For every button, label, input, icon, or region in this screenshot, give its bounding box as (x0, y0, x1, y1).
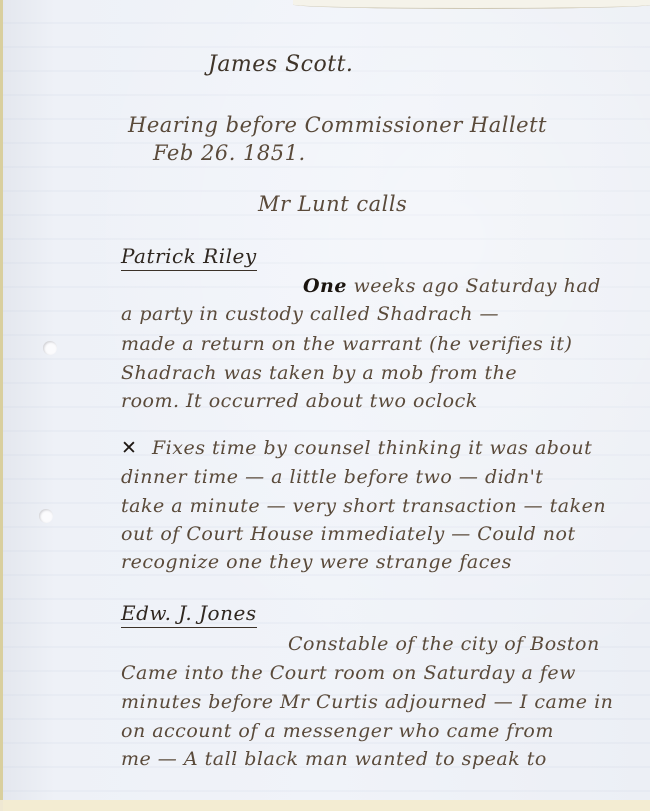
cross-exam-line: recognize one they were strange faces (121, 551, 512, 573)
testimony-text: weeks ago Saturday had (354, 275, 601, 297)
hearing-date: Feb 26. 1851. (153, 141, 306, 165)
manuscript-page: James Scott. Hearing before Commissioner… (0, 0, 650, 800)
binder-hole-lower (39, 509, 53, 523)
document-title: James Scott. (208, 52, 353, 77)
caller-line: Mr Lunt calls (258, 192, 407, 216)
paper-curl (293, 0, 650, 9)
witness-name-1: Patrick Riley (121, 244, 257, 271)
hearing-line: Hearing before Commissioner Hallett (128, 113, 547, 137)
cross-mark-icon: ✕ (121, 437, 137, 459)
ink-blot-word: One (303, 275, 347, 297)
testimony-line: a party in custody called Shadrach — (121, 303, 499, 325)
cross-exam-line: take a minute — very short transaction —… (121, 495, 606, 517)
testimony-line: room. It occurred about two oclock (121, 390, 478, 412)
testimony-line: minutes before Mr Curtis adjourned — I c… (121, 691, 613, 713)
cross-exam-line: dinner time — a little before two — didn… (121, 466, 543, 488)
cross-exam-line: out of Court House immediately — Could n… (121, 523, 576, 545)
binder-hole-upper (43, 341, 57, 355)
testimony-line: Came into the Court room on Saturday a f… (121, 662, 576, 684)
testimony-line: Shadrach was taken by a mob from the (121, 362, 517, 384)
testimony-line: One weeks ago Saturday had (303, 275, 601, 297)
testimony-line: made a return on the warrant (he verifie… (121, 333, 572, 355)
witness-name-2: Edw. J. Jones (121, 601, 257, 628)
testimony-line: Constable of the city of Boston (288, 633, 600, 655)
testimony-line: me — A tall black man wanted to speak to (121, 748, 547, 770)
cross-exam-line: ✕ Fixes time by counsel thinking it was … (121, 437, 592, 459)
cross-exam-text: Fixes time by counsel thinking it was ab… (152, 437, 592, 459)
testimony-line: on account of a messenger who came from (121, 720, 554, 742)
